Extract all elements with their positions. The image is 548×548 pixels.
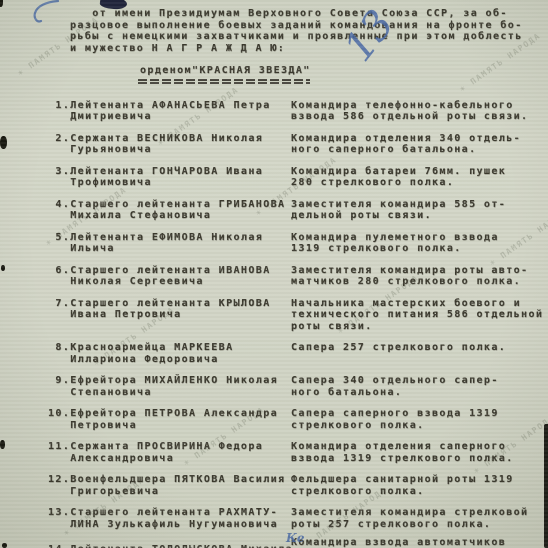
- recipient-position: Фельдшера санитарной роты 1319 стрелково…: [291, 474, 544, 497]
- recipient-position: Заместителя командира стрелковой роты 25…: [291, 507, 544, 530]
- recipient-entry: 11.Сержанта ПРОСВИРИНА Федора Александро…: [48, 441, 544, 464]
- typed-document: от имени Президиумам Верховного Совета С…: [0, 0, 548, 548]
- recipient-entry: 1.Лейтенанта АФАНАСЬЕВА Петра Дмитриевич…: [48, 100, 544, 123]
- recipient-name: 1.Лейтенанта АФАНАСЬЕВА Петра Дмитриевич…: [48, 100, 283, 123]
- recipient-entry: 8.Красноармейца МАРКЕЕВА Иллариона Федор…: [48, 342, 544, 365]
- recipient-position: Командира отделения саперного взвода 131…: [291, 441, 544, 464]
- header-preamble: от имени Президиумам Верховного Совета С…: [70, 8, 544, 54]
- dash-row: [138, 82, 310, 84]
- recipient-name: 5.Лейтенанта ЕФИМОВА Николая Ильича: [48, 232, 283, 255]
- recipient-position: Командира батареи 76мм. пушек 280 стрелк…: [291, 166, 544, 189]
- recipient-name: 4.Старшего лейтенанта ГРИБАНОВА Михаила …: [48, 199, 283, 222]
- recipient-entry: 7.Старшего лейтенанта КРЫЛОВА Ивана Петр…: [48, 298, 544, 333]
- recipient-name: 2.Сержанта ВЕСНИКОВА Николая Гурьяновича: [48, 133, 283, 156]
- recipient-entry: 9.Ефрейтора МИХАЙЛЕНКО Николая Степанови…: [48, 375, 544, 398]
- recipient-name: 10.Ефрейтора ПЕТРОВА Александра Петрович…: [48, 408, 283, 431]
- recipient-entry: 12.Военфельдшера ПЯТКОВА Василия Григорь…: [48, 474, 544, 497]
- recipient-position: Сапера 257 стрелкового полка.: [291, 342, 544, 354]
- recipient-name: 3.Лейтенанта ГОНЧАРОВА Ивана Трофимовича: [48, 166, 283, 189]
- edge-artifact: [0, 440, 5, 449]
- recipient-name: 8.Красноармейца МАРКЕЕВА Иллариона Федор…: [48, 342, 283, 365]
- recipient-position: Заместителя командира 585 от- дельной ро…: [291, 199, 544, 222]
- recipient-name: 6.Старшего лейтенанта ИВАНОВА Николая Се…: [48, 265, 283, 288]
- edge-artifact: [2, 543, 7, 548]
- recipient-position: Командира взвода автоматчиков: [291, 537, 544, 548]
- recipient-entry: 3.Лейтенанта ГОНЧАРОВА Ивана Трофимовича…: [48, 166, 544, 189]
- entries-list: 1.Лейтенанта АФАНАСЬЕВА Петра Дмитриевич…: [48, 100, 544, 548]
- recipient-name: 9.Ефрейтора МИХАЙЛЕНКО Николая Степанови…: [48, 375, 283, 398]
- recipient-entry: 13.Старшего лейтенанта РАХМАТУ- ЛИНА Зул…: [48, 507, 544, 530]
- recipient-position: Командира телефонно-кабельного взвода 58…: [291, 100, 544, 123]
- recipient-name: 11.Сержанта ПРОСВИРИНА Федора Александро…: [48, 441, 283, 464]
- recipient-entry: 10.Ефрейтора ПЕТРОВА Александра Петрович…: [48, 408, 544, 431]
- edge-artifact: [0, 136, 7, 149]
- recipient-entry: 4.Старшего лейтенанта ГРИБАНОВА Михаила …: [48, 199, 544, 222]
- recipient-position: Сапера саперного взвода 1319 стрелкового…: [291, 408, 544, 431]
- recipient-name: 13.Старшего лейтенанта РАХМАТУ- ЛИНА Зул…: [48, 507, 283, 530]
- recipient-entry: 5.Лейтенанта ЕФИМОВА Николая Ильича Кома…: [48, 232, 544, 255]
- recipient-name: 12.Военфельдшера ПЯТКОВА Василия Григорь…: [48, 474, 283, 497]
- edge-artifact: [1, 265, 5, 271]
- recipient-position: Командира отделения 340 отдель- ного сап…: [291, 133, 544, 156]
- recipient-position: Сапера 340 отдельного сапер- ного баталь…: [291, 375, 544, 398]
- edge-artifact: [544, 424, 548, 548]
- recipient-entry: 2.Сержанта ВЕСНИКОВА Николая Гурьяновича…: [48, 133, 544, 156]
- recipient-entry: 6.Старшего лейтенанта ИВАНОВА Николая Се…: [48, 265, 544, 288]
- recipient-name: 7.Старшего лейтенанта КРЫЛОВА Ивана Петр…: [48, 298, 283, 321]
- handwritten-correction-mark: Ке: [286, 531, 305, 545]
- recipient-name: 14.Лейтенанта ТОЛОЛЫСКОВА Михаила: [48, 544, 283, 548]
- award-underline: [138, 79, 310, 84]
- recipient-position: Начальника мастерских боевого и техничес…: [291, 298, 544, 333]
- document-page: { "page": { "background": "#d1d4c5", "in…: [0, 0, 548, 548]
- award-title: орденом"КРАСНАЯ ЗВЕЗДА": [140, 65, 548, 77]
- recipient-position: Заместителя командира роты авто- матчико…: [291, 265, 544, 288]
- dash-row: [138, 79, 310, 81]
- pen-flourish-mark: [28, 0, 70, 30]
- recipient-position: Командира пулеметного взвода 1319 стрелк…: [291, 232, 544, 255]
